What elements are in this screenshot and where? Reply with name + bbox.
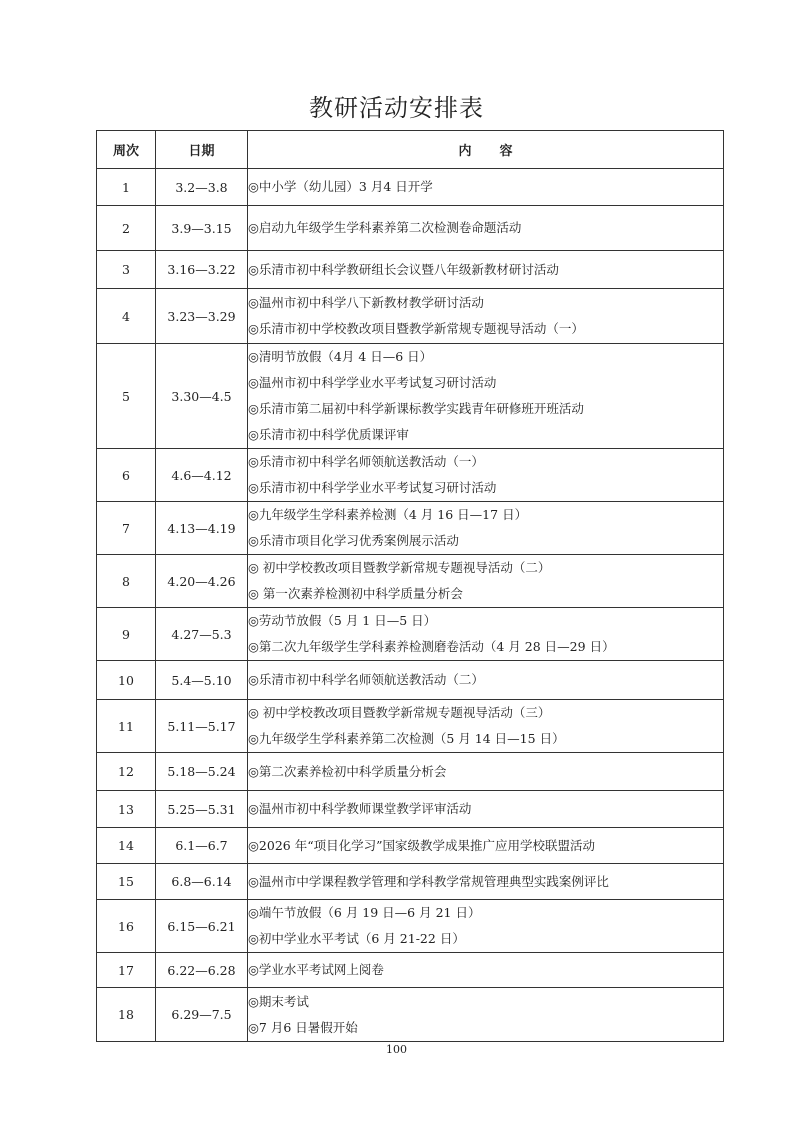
week-cell: 15 (97, 864, 156, 900)
activity-item: ◎ 初中学校教改项目暨教学新常规专题视导活动（二） (248, 555, 723, 581)
date-cell: 3.9—3.15 (156, 206, 248, 251)
date-cell: 4.20—4.26 (156, 555, 248, 608)
activity-item: ◎学业水平考试网上阅卷 (248, 957, 723, 983)
activity-item: ◎第二次九年级学生学科素养检测磨卷活动（4 月 28 日—29 日） (248, 634, 723, 660)
content-cell: ◎中小学（幼儿园）3 月4 日开学 (248, 169, 724, 206)
table-row: 43.23—3.29◎温州市初中科学八下新教材教学研讨活动◎乐清市初中学校教改项… (97, 289, 724, 344)
date-cell: 3.2—3.8 (156, 169, 248, 206)
schedule-table: 周次 日期 内容 13.2—3.8◎中小学（幼儿园）3 月4 日开学23.9—3… (96, 130, 724, 1042)
table-row: 156.8—6.14◎温州市中学课程教学管理和学科教学常规管理典型实践案例评比 (97, 864, 724, 900)
content-cell: ◎清明节放假（4月 4 日—6 日）◎温州市初中科学学业水平考试复习研讨活动◎乐… (248, 344, 724, 449)
activity-item: ◎乐清市初中学校教改项目暨教学新常规专题视导活动（一） (248, 316, 723, 342)
table-row: 125.18—5.24◎第二次素养检初中科学质量分析会 (97, 753, 724, 791)
week-cell: 17 (97, 953, 156, 988)
activity-item: ◎乐清市初中科学优质课评审 (248, 422, 723, 448)
date-cell: 3.30—4.5 (156, 344, 248, 449)
activity-item: ◎乐清市初中科学名师领航送教活动（一） (248, 449, 723, 475)
activity-item: ◎温州市中学课程教学管理和学科教学常规管理典型实践案例评比 (248, 869, 723, 895)
week-cell: 4 (97, 289, 156, 344)
table-row: 84.20—4.26◎ 初中学校教改项目暨教学新常规专题视导活动（二）◎ 第一次… (97, 555, 724, 608)
activity-item: ◎ 第一次素养检测初中科学质量分析会 (248, 581, 723, 607)
table-row: 53.30—4.5◎清明节放假（4月 4 日—6 日）◎温州市初中科学学业水平考… (97, 344, 724, 449)
week-cell: 1 (97, 169, 156, 206)
date-cell: 5.25—5.31 (156, 791, 248, 828)
activity-item: ◎劳动节放假（5 月 1 日—5 日） (248, 608, 723, 634)
activity-item: ◎第二次素养检初中科学质量分析会 (248, 759, 723, 785)
content-cell: ◎启动九年级学生学科素养第二次检测卷命题活动 (248, 206, 724, 251)
date-cell: 3.23—3.29 (156, 289, 248, 344)
week-cell: 7 (97, 502, 156, 555)
date-cell: 6.29—7.5 (156, 988, 248, 1042)
activity-item: ◎初中学业水平考试（6 月 21-22 日） (248, 926, 723, 952)
page-title: 教研活动安排表 (0, 88, 793, 123)
week-cell: 9 (97, 608, 156, 661)
week-cell: 11 (97, 700, 156, 753)
week-cell: 16 (97, 900, 156, 953)
content-cell: ◎乐清市初中科学教研组长会议暨八年级新教材研讨活动 (248, 251, 724, 289)
table-row: 176.22—6.28◎学业水平考试网上阅卷 (97, 953, 724, 988)
activity-item: ◎乐清市初中科学名师领航送教活动（二） (248, 667, 723, 693)
content-cell: ◎九年级学生学科素养检测（4 月 16 日—17 日）◎乐清市项目化学习优秀案例… (248, 502, 724, 555)
date-cell: 5.11—5.17 (156, 700, 248, 753)
header-content: 内容 (248, 131, 724, 169)
content-cell: ◎乐清市初中科学名师领航送教活动（一）◎乐清市初中科学学业水平考试复习研讨活动 (248, 449, 724, 502)
activity-item: ◎ 初中学校教改项目暨教学新常规专题视导活动（三） (248, 700, 723, 726)
activity-item: ◎清明节放假（4月 4 日—6 日） (248, 344, 723, 370)
content-cell: ◎端午节放假（6 月 19 日—6 月 21 日）◎初中学业水平考试（6 月 2… (248, 900, 724, 953)
date-cell: 6.22—6.28 (156, 953, 248, 988)
date-cell: 4.27—5.3 (156, 608, 248, 661)
activity-item: ◎乐清市第二届初中科学新课标教学实践青年研修班开班活动 (248, 396, 723, 422)
content-cell: ◎ 初中学校教改项目暨教学新常规专题视导活动（三）◎九年级学生学科素养第二次检测… (248, 700, 724, 753)
week-cell: 14 (97, 828, 156, 864)
week-cell: 5 (97, 344, 156, 449)
table-row: 166.15—6.21◎端午节放假（6 月 19 日—6 月 21 日）◎初中学… (97, 900, 724, 953)
week-cell: 2 (97, 206, 156, 251)
content-cell: ◎ 初中学校教改项目暨教学新常规专题视导活动（二）◎ 第一次素养检测初中科学质量… (248, 555, 724, 608)
table-row: 23.9—3.15◎启动九年级学生学科素养第二次检测卷命题活动 (97, 206, 724, 251)
content-cell: ◎温州市初中科学八下新教材教学研讨活动◎乐清市初中学校教改项目暨教学新常规专题视… (248, 289, 724, 344)
activity-item: ◎启动九年级学生学科素养第二次检测卷命题活动 (248, 215, 723, 241)
activity-item: ◎2026 年“项目化学习”国家级教学成果推广应用学校联盟活动 (248, 833, 723, 859)
activity-item: ◎九年级学生学科素养第二次检测（5 月 14 日—15 日） (248, 726, 723, 752)
week-cell: 6 (97, 449, 156, 502)
content-cell: ◎温州市初中科学教师课堂教学评审活动 (248, 791, 724, 828)
week-cell: 12 (97, 753, 156, 791)
content-cell: ◎第二次素养检初中科学质量分析会 (248, 753, 724, 791)
content-cell: ◎2026 年“项目化学习”国家级教学成果推广应用学校联盟活动 (248, 828, 724, 864)
content-cell: ◎期末考试◎7 月6 日暑假开始 (248, 988, 724, 1042)
activity-item: ◎7 月6 日暑假开始 (248, 1015, 723, 1041)
table-header-row: 周次 日期 内容 (97, 131, 724, 169)
content-cell: ◎乐清市初中科学名师领航送教活动（二） (248, 661, 724, 700)
table-row: 94.27—5.3◎劳动节放假（5 月 1 日—5 日）◎第二次九年级学生学科素… (97, 608, 724, 661)
table-row: 135.25—5.31◎温州市初中科学教师课堂教学评审活动 (97, 791, 724, 828)
week-cell: 18 (97, 988, 156, 1042)
date-cell: 5.18—5.24 (156, 753, 248, 791)
activity-item: ◎乐清市初中科学学业水平考试复习研讨活动 (248, 475, 723, 501)
date-cell: 4.6—4.12 (156, 449, 248, 502)
date-cell: 6.1—6.7 (156, 828, 248, 864)
table-row: 115.11—5.17◎ 初中学校教改项目暨教学新常规专题视导活动（三）◎九年级… (97, 700, 724, 753)
week-cell: 3 (97, 251, 156, 289)
activity-item: ◎温州市初中科学教师课堂教学评审活动 (248, 796, 723, 822)
week-cell: 10 (97, 661, 156, 700)
table-row: 74.13—4.19◎九年级学生学科素养检测（4 月 16 日—17 日）◎乐清… (97, 502, 724, 555)
table-row: 33.16—3.22◎乐清市初中科学教研组长会议暨八年级新教材研讨活动 (97, 251, 724, 289)
week-cell: 8 (97, 555, 156, 608)
table-row: 105.4—5.10◎乐清市初中科学名师领航送教活动（二） (97, 661, 724, 700)
header-week: 周次 (97, 131, 156, 169)
activity-item: ◎温州市初中科学八下新教材教学研讨活动 (248, 290, 723, 316)
header-date: 日期 (156, 131, 248, 169)
date-cell: 4.13—4.19 (156, 502, 248, 555)
activity-item: ◎端午节放假（6 月 19 日—6 月 21 日） (248, 900, 723, 926)
table-body: 13.2—3.8◎中小学（幼儿园）3 月4 日开学23.9—3.15◎启动九年级… (97, 169, 724, 1042)
activity-item: ◎期末考试 (248, 989, 723, 1015)
content-cell: ◎劳动节放假（5 月 1 日—5 日）◎第二次九年级学生学科素养检测磨卷活动（4… (248, 608, 724, 661)
activity-item: ◎九年级学生学科素养检测（4 月 16 日—17 日） (248, 502, 723, 528)
activity-item: ◎乐清市初中科学教研组长会议暨八年级新教材研讨活动 (248, 257, 723, 283)
activity-item: ◎乐清市项目化学习优秀案例展示活动 (248, 528, 723, 554)
table-row: 13.2—3.8◎中小学（幼儿园）3 月4 日开学 (97, 169, 724, 206)
content-cell: ◎学业水平考试网上阅卷 (248, 953, 724, 988)
page-number: 100 (0, 1043, 793, 1056)
content-cell: ◎温州市中学课程教学管理和学科教学常规管理典型实践案例评比 (248, 864, 724, 900)
table-row: 64.6—4.12◎乐清市初中科学名师领航送教活动（一）◎乐清市初中科学学业水平… (97, 449, 724, 502)
table-row: 186.29—7.5◎期末考试◎7 月6 日暑假开始 (97, 988, 724, 1042)
date-cell: 3.16—3.22 (156, 251, 248, 289)
date-cell: 5.4—5.10 (156, 661, 248, 700)
week-cell: 13 (97, 791, 156, 828)
table-row: 146.1—6.7◎2026 年“项目化学习”国家级教学成果推广应用学校联盟活动 (97, 828, 724, 864)
activity-item: ◎中小学（幼儿园）3 月4 日开学 (248, 174, 723, 200)
date-cell: 6.15—6.21 (156, 900, 248, 953)
header-content-label: 内容 (430, 144, 540, 159)
activity-item: ◎温州市初中科学学业水平考试复习研讨活动 (248, 370, 723, 396)
date-cell: 6.8—6.14 (156, 864, 248, 900)
